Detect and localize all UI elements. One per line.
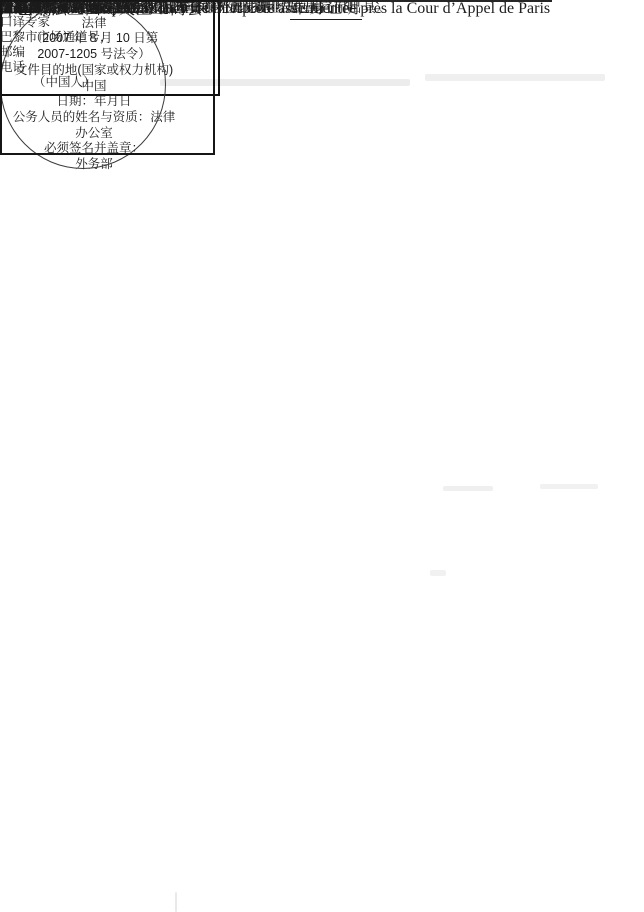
- scan-fold-mark: [175, 892, 177, 912]
- scan-smudge: [540, 484, 598, 489]
- certification-box: [0, 0, 215, 155]
- certification-line-3: 编号: [0, 0, 215, 16]
- scanned-document-page: ’ Expert traductrice interprète assermen…: [0, 0, 644, 912]
- scan-smudge: [443, 486, 493, 491]
- scan-smudge: [425, 74, 605, 81]
- scan-smudge: [430, 570, 446, 576]
